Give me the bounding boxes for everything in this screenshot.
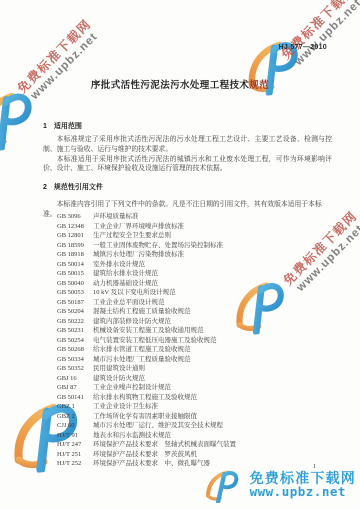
reference-code: GB 50352 [57,364,93,374]
document-title-main: 序批式活性污泥法污水处理工程技术 [91,80,249,91]
reference-code: CJJ 60 [57,421,93,431]
reference-name: 城市污水处理厂运行、维护及其安全技术规程 [93,421,223,431]
reference-name: 机械设备安装工程施工及验收通用规范 [93,326,204,336]
reference-code: GB 50204 [57,307,93,317]
reference-item: GB 18918城镇污水处理厂污染物排放标准 [43,250,343,260]
section-1-heading: 1适用范围 [43,121,332,131]
reference-name: 室外排水设计规范 [93,260,145,270]
paragraph: 本标准适用于采用序批式活性污泥法的城镇污水和工业废水处理工程，可作为环境影响评价… [43,155,332,175]
reference-name: 工业企业厂界环境噪声排放标准 [93,222,184,232]
reference-item: GB 18599一般工业固体废物贮存、处置场污染控制标准 [43,241,343,251]
reference-code: GBJ 16 [57,374,93,384]
reference-name: 建筑给水排水设计规范 [93,269,158,279]
reference-code: GB 50222 [57,317,93,327]
section-2-title: 规范性引用文件 [54,184,103,191]
reference-name: 工作场所化学有害因素职业接触限值 [93,412,197,422]
reference-item: GB 50268给水排水管道工程施工及验收规范 [43,345,343,355]
reference-item: GB 50334城市污水处理厂工程质量验收规范 [43,355,343,365]
document-title-tail: 规范 [249,80,269,91]
reference-item: GB 5005310 kV 及以下变电所设计规范 [43,288,343,298]
reference-code: GB 50014 [57,260,93,270]
reference-name: 环境保护产品技术要求 竖轴式机械表面曝气装置 [93,440,236,450]
watermark-top-left: 免费标准下载网 www.upbz.net [13,15,104,106]
reference-item: GB 50141给水排水构筑物工程施工及验收规范 [43,393,343,403]
reference-item: GB 50187工业企业总平面设计规范 [43,298,343,308]
reference-item: GB 50204混凝土结构工程施工质量验收规范 [43,307,343,317]
standard-number: HJ 577—2010 [279,44,327,51]
reference-item: GB 12348工业企业厂界环境噪声排放标准 [43,222,343,232]
watermark-site-name: 免费标准下载网 [250,471,356,485]
watermark-site-url: www.upbz.net [250,486,356,499]
reference-code: GB 50231 [57,326,93,336]
reference-name: 环境保护产品技术要求 罗茨鼓风机 [93,450,197,460]
watermark-site-name: 免费标准下载网 [277,0,359,63]
watermark-footer-logo: 免费标准下载网 www.upbz.net [196,467,356,503]
reference-item: HJ/T 91地表水和污水监测技术规范 [43,431,343,441]
reference-name: 城市污水处理厂工程质量验收规范 [93,355,191,365]
reference-item: GBJ 87工业企业噪声控制设计规范 [43,383,343,393]
reference-item: GBZ 1工业企业设计卫生标准 [43,402,343,412]
section-1-body: 本标准规定了采用序批式活性污泥法的污水处理工程工艺设计、主要工艺设备、检测与控制… [43,135,332,174]
reference-code: GB 50334 [57,355,93,365]
watermark-site-url: www.upbz.net [289,0,360,71]
reference-code: HJ/T 247 [57,440,93,450]
reference-code: GB 18599 [57,241,93,251]
reference-code: GB 50187 [57,298,93,308]
reference-name: 环境保护产品技术要求 中、微孔曝气器 [93,459,210,469]
reference-item: GB 50015建筑给水排水设计规范 [43,269,343,279]
reference-name: 建筑设计防火规范 [93,374,145,384]
reference-list: GB 3096声环境质量标准 GB 12348工业企业厂界环境噪声排放标准 GB… [43,212,343,469]
section-1-number: 1 [43,123,47,130]
reference-code: GB 12801 [57,231,93,241]
reference-code: GB 50254 [57,336,93,346]
reference-name: 一般工业固体废物贮存、处置场污染控制标准 [93,241,223,251]
reference-item: GB 50231机械设备安装工程施工及验收通用规范 [43,326,343,336]
reference-item: GBZ 2工作场所化学有害因素职业接触限值 [43,412,343,422]
watermark-top-right: 免费标准下载网 www.upbz.net [277,0,360,71]
reference-code: HJ/T 252 [57,459,93,469]
reference-name: 建筑内部装修设计防火规范 [93,317,171,327]
reference-name: 城镇污水处理厂污染物排放标准 [93,250,184,260]
reference-item: GB 12801生产过程安全卫生要求总则 [43,231,343,241]
watermark-site-url: www.upbz.net [25,27,103,105]
reference-item: GB 3096声环境质量标准 [43,212,343,222]
reference-code: HJ/T 251 [57,450,93,460]
document-page: 免费标准下载网 www.upbz.net 免费标准下载网 www.upbz.ne… [0,0,360,509]
reference-name: 民用建筑设计通则 [93,364,145,374]
paragraph: 本标准规定了采用序批式活性污泥法的污水处理工程工艺设计、主要工艺设备、检测与控制… [43,135,332,155]
reference-name: 声环境质量标准 [93,212,139,222]
reference-code: GBJ 87 [57,383,93,393]
up-logo-icon [196,467,246,503]
reference-name: 工业企业噪声控制设计规范 [93,383,171,393]
reference-item: HJ/T 247环境保护产品技术要求 竖轴式机械表面曝气装置 [43,440,343,450]
reference-item: GB 50352民用建筑设计通则 [43,364,343,374]
reference-item: GB 50040动力机器基础设计规范 [43,279,343,289]
reference-name: 动力机器基础设计规范 [93,279,158,289]
reference-code: GB 50141 [57,393,93,403]
reference-code: HJ/T 91 [57,431,93,441]
reference-item: HJ/T 251环境保护产品技术要求 罗茨鼓风机 [43,450,343,460]
reference-name: 10 kV 及以下变电所设计规范 [93,288,176,298]
reference-item: GB 50254电气装置安装工程低压电器施工及验收规范 [43,336,343,346]
footer-logo-text: 免费标准下载网 www.upbz.net [250,471,356,499]
reference-code: GB 50053 [57,288,93,298]
reference-item: CJJ 60城市污水处理厂运行、维护及其安全技术规程 [43,421,343,431]
reference-code: GBZ 1 [57,402,93,412]
reference-name: 生产过程安全卫生要求总则 [93,231,171,241]
reference-code: GB 12348 [57,222,93,232]
reference-item: GBJ 16建筑设计防火规范 [43,374,343,384]
reference-name: 工业企业总平面设计规范 [93,298,165,308]
up-logo-icon [0,85,37,153]
reference-code: GB 50015 [57,269,93,279]
reference-name: 地表水和污水监测技术规范 [93,431,171,441]
document-title: 序批式活性污泥法污水处理工程技术规范 [0,77,360,91]
reference-code: GB 50268 [57,345,93,355]
section-2-heading: 2规范性引用文件 [43,182,332,192]
reference-item: GB 50014室外排水设计规范 [43,260,343,270]
section-2-number: 2 [43,184,47,191]
reference-item: GB 50222建筑内部装修设计防火规范 [43,317,343,327]
reference-name: 电气装置安装工程低压电器施工及验收规范 [93,336,217,346]
reference-name: 给水排水构筑物工程施工及验收规范 [93,393,197,403]
reference-name: 混凝土结构工程施工质量验收规范 [93,307,191,317]
reference-code: GB 3096 [57,212,93,222]
reference-code: GBZ 2 [57,412,93,422]
reference-code: GB 50040 [57,279,93,289]
reference-name: 给水排水管道工程施工及验收规范 [93,345,191,355]
section-1-title: 适用范围 [54,123,82,130]
reference-code: GB 18918 [57,250,93,260]
reference-name: 工业企业设计卫生标准 [93,402,158,412]
